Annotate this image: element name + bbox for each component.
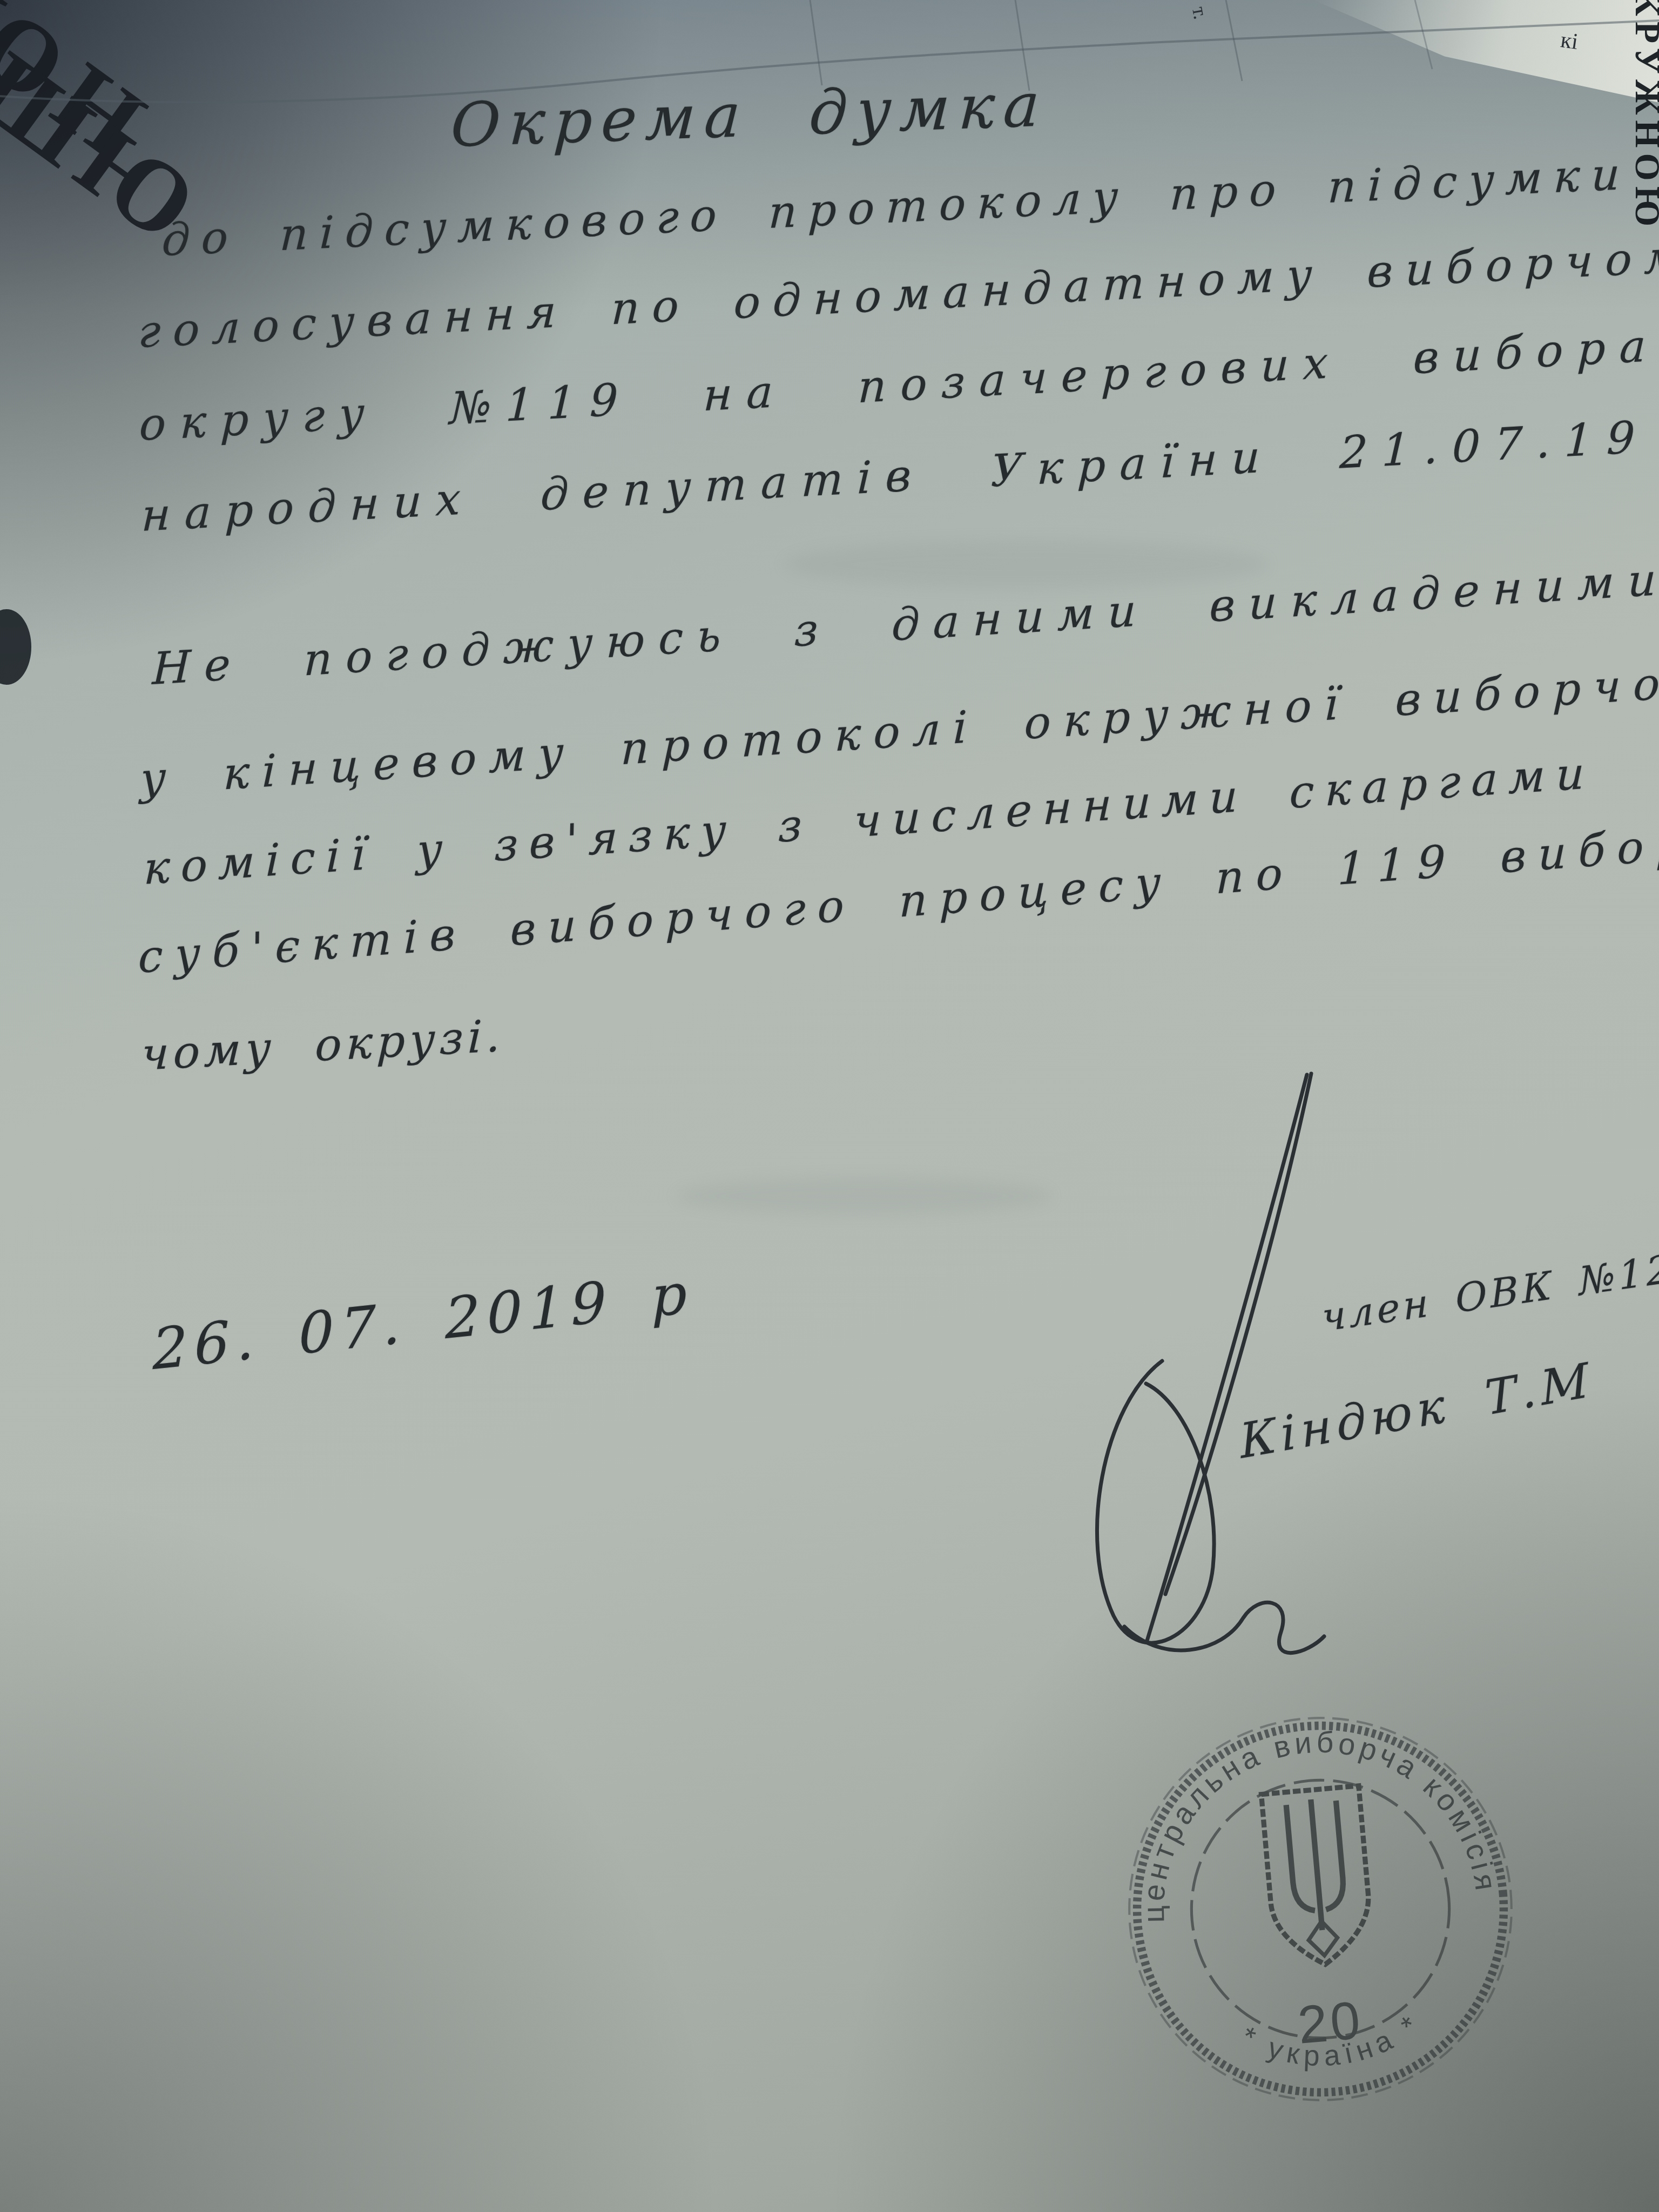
- stamp-number: 20: [1296, 1990, 1365, 2055]
- photographed-document-page: ЮНШЮ кі т. КРУЖНОЮ Окрема думка до підсу…: [0, 0, 1659, 2212]
- document-date: 26. 07. 2019 р: [152, 1259, 694, 1382]
- sheet-edge-line-1: [810, 0, 822, 85]
- tryzub-shield: [1262, 1786, 1374, 1969]
- handwritten-line: чому окрузі.: [140, 1010, 505, 1081]
- right-edge-vertical-text: КРУЖНОЮ: [1627, 0, 1659, 232]
- bleed-through-smudge: [675, 1177, 1053, 1215]
- sheet-edge-line-3: [1226, 0, 1242, 81]
- top-edge-mark: т.: [1187, 5, 1212, 22]
- official-stamp: центральна виборча комісія * україна * 2…: [1110, 1698, 1531, 2120]
- stamp-graphic: центральна виборча комісія * україна * 2…: [1110, 1698, 1531, 2120]
- signer-role: член ОВК №12: [1321, 1245, 1659, 1340]
- signature-flourish: [1097, 1074, 1324, 1653]
- top-right-paper-corner: [1313, 0, 1659, 103]
- left-edge-blotch: [0, 609, 31, 685]
- trident-icon: [1286, 1797, 1349, 1958]
- document-title: Окрема думка: [449, 70, 1050, 161]
- corner-small-text: кі: [1559, 27, 1580, 55]
- signer-name: Кіндюк Т.М: [1237, 1352, 1596, 1469]
